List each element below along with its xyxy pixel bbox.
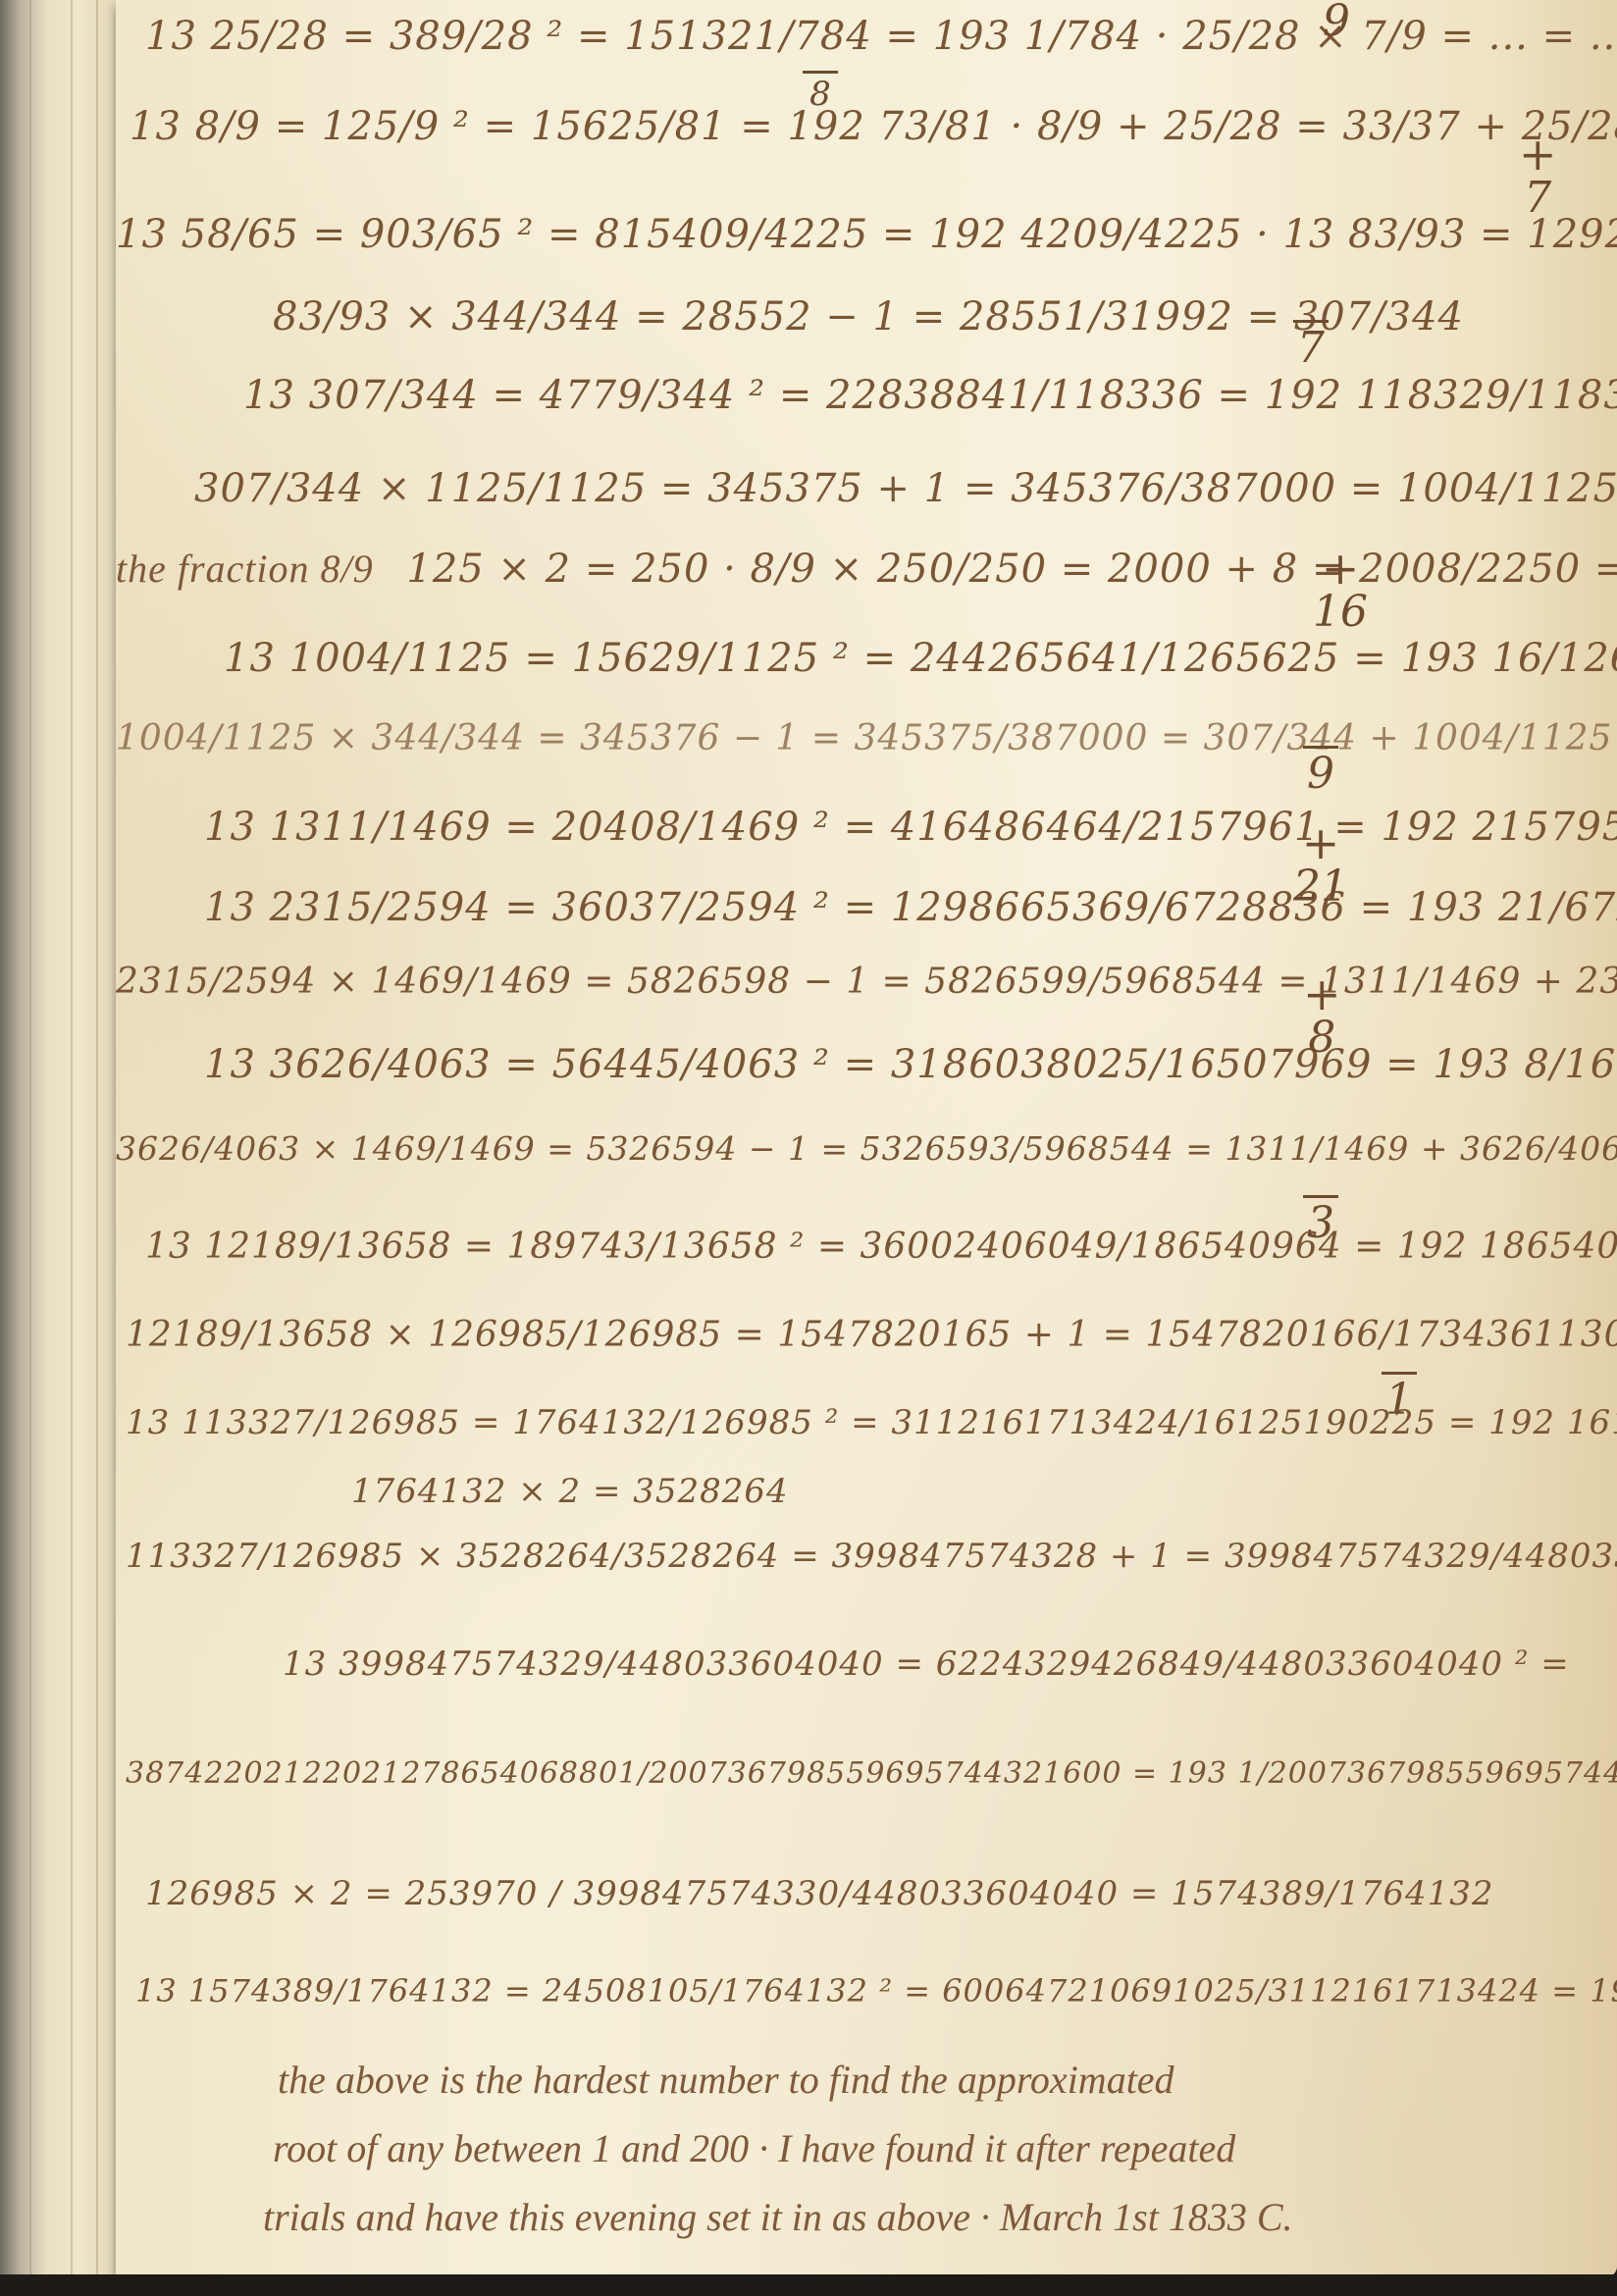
equation-line-13: 13 3626/4063 = 56445/4063 ² = 3186038025… xyxy=(204,1042,1617,1087)
equation-line-11: 13 2315/2594 = 36037/2594 ² = 1298665369… xyxy=(204,885,1617,930)
equation-line-5: 13 307/344 = 4779/344 ² = 22838841/11833… xyxy=(243,373,1617,418)
margin-value: 3 xyxy=(1307,1198,1334,1248)
page-edge xyxy=(96,0,98,2276)
manuscript-page: 13 25/28 = 389/28 ² = 151321/784 = 193 1… xyxy=(116,0,1617,2276)
closing-note-line-1: the above is the hardest number to find … xyxy=(278,2057,1174,2103)
equation-line-10: 13 1311/1469 = 20408/1469 ² = 416486464/… xyxy=(204,805,1617,850)
margin-value: 9 xyxy=(1307,749,1334,799)
margin-value: 8 xyxy=(1308,1013,1335,1063)
margin-value: 8 xyxy=(809,75,831,114)
margin-correction-21: + 21 xyxy=(1293,820,1348,909)
plus-sign: + xyxy=(1303,971,1341,1017)
margin-value: 7 xyxy=(1297,323,1325,373)
margin-correction-3: 3 xyxy=(1303,1195,1338,1245)
margin-correction-7a: + 7 xyxy=(1519,131,1557,220)
plus-sign: + xyxy=(1293,820,1348,865)
equation-line-19: 113327/126985 × 3528264/3528264 = 399847… xyxy=(126,1531,1617,1577)
margin-correction-7b: 7 xyxy=(1293,320,1329,370)
equation-text: 3626/4063 × 1469/1469 = 5326594 − 1 = 53… xyxy=(116,1129,1617,1168)
equation-label: the fraction 8/9 xyxy=(116,547,374,591)
scan-bottom-edge xyxy=(0,2274,1617,2296)
equation-text: 125 × 2 = 250 · 8/9 × 250/250 = 2000 + 8… xyxy=(406,547,1617,592)
equation-line-9: 1004/1125 × 344/344 = 345376 − 1 = 34537… xyxy=(116,718,1617,758)
equation-line-22: 126985 × 2 = 253970 / 399847574330/44803… xyxy=(145,1874,1494,1913)
closing-note-line-3: trials and have this evening set it in a… xyxy=(263,2194,1293,2240)
equation-line-18: 1764132 × 2 = 3528264 xyxy=(351,1472,789,1511)
margin-correction-8b: + 8 xyxy=(1303,971,1341,1060)
equation-text: 113327/126985 × 3528264/3528264 = 399847… xyxy=(126,1537,1617,1576)
equation-line-14: 3626/4063 × 1469/1469 = 5326594 − 1 = 53… xyxy=(116,1128,1617,1168)
equation-line-16: 12189/13658 × 126985/126985 = 1547820165… xyxy=(126,1315,1617,1355)
equation-line-2: 13 8/9 = 125/9 ² = 15625/81 = 192 73/81 … xyxy=(130,104,1617,149)
equation-line-20: 13 399847574329/448033604040 = 622432942… xyxy=(283,1644,1570,1684)
equation-line-21: 38742202122021278654068801/2007367985596… xyxy=(126,1756,1617,1791)
equation-text: 2315/2594 × 1469/1469 = 5826598 − 1 = 58… xyxy=(116,962,1617,1002)
equation-line-7: the fraction 8/9 125 × 2 = 250 · 8/9 × 2… xyxy=(116,546,1617,592)
margin-value: 16 xyxy=(1313,587,1368,637)
margin-value: 1 xyxy=(1385,1375,1413,1425)
closing-note-line-2: root of any between 1 and 200 · I have f… xyxy=(273,2125,1235,2171)
margin-value: 7 xyxy=(1524,173,1551,223)
margin-correction-9: 9 xyxy=(1323,0,1350,43)
page-edge xyxy=(71,0,73,2276)
equation-line-8: 13 1004/1125 = 15629/1125 ² = 244265641/… xyxy=(224,636,1617,681)
margin-value: 9 xyxy=(1323,0,1350,46)
equation-line-6: 307/344 × 1125/1125 = 345375 + 1 = 34537… xyxy=(194,465,1617,511)
equation-line-1: 13 25/28 = 389/28 ² = 151321/784 = 193 1… xyxy=(145,14,1617,59)
margin-correction-8: 8 xyxy=(803,71,838,111)
margin-correction-1: 1 xyxy=(1382,1372,1417,1422)
plus-sign: + xyxy=(1313,546,1368,591)
equation-line-15: 13 12189/13658 = 189743/13658 ² = 360024… xyxy=(145,1226,1617,1267)
margin-correction-9b: 9 xyxy=(1303,746,1338,796)
margin-value: 21 xyxy=(1293,861,1348,912)
equation-line-4: 83/93 × 344/344 = 28552 − 1 = 28551/3199… xyxy=(273,294,1464,339)
equation-line-12: 2315/2594 × 1469/1469 = 5826598 − 1 = 58… xyxy=(116,962,1617,1002)
equation-text: 307/344 × 1125/1125 = 345375 + 1 = 34537… xyxy=(194,466,1617,511)
page-edge xyxy=(29,0,31,2276)
minus-bar xyxy=(803,71,838,74)
margin-correction-16: + 16 xyxy=(1313,546,1368,634)
equation-line-23: 13 1574389/1764132 = 24508105/1764132 ² … xyxy=(135,1972,1617,2009)
plus-sign: + xyxy=(1519,131,1557,177)
equation-line-3: 13 58/65 = 903/65 ² = 815409/4225 = 192 … xyxy=(116,212,1617,257)
